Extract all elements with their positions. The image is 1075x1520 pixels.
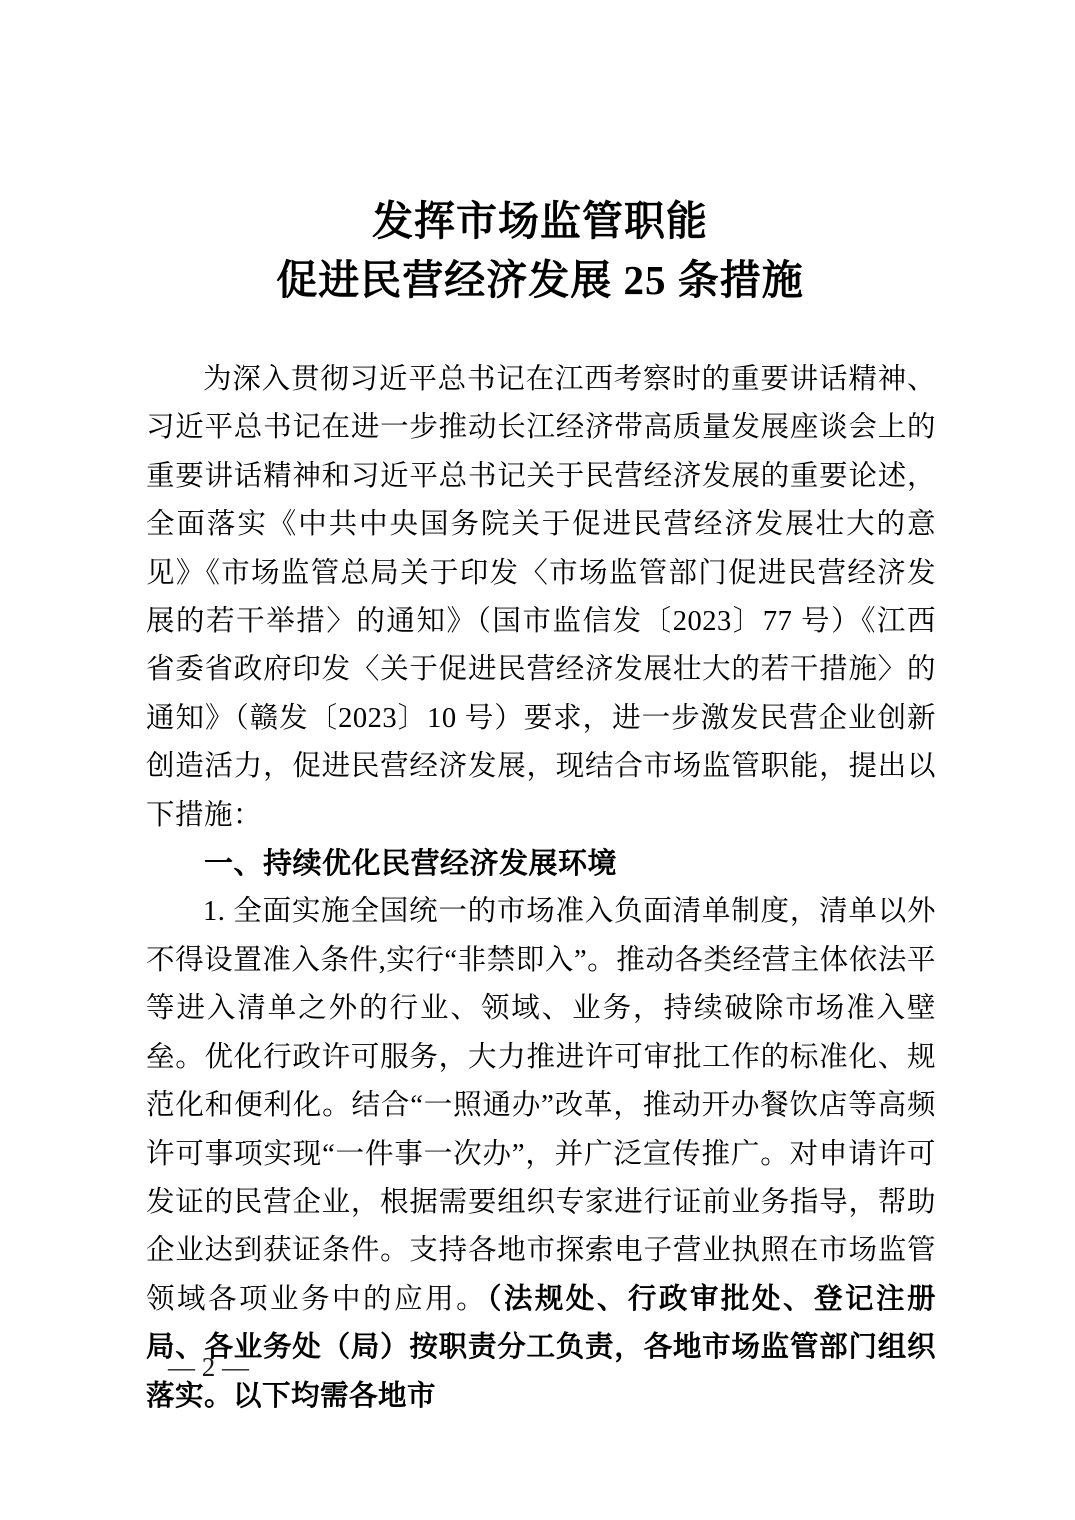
measure-paragraph-1-text: 1. 全面实施全国统一的市场准入负面清单制度，清单以外不得设置准入条件,实行“非… [146,896,936,1314]
page-number: — 2 — [168,1352,249,1383]
measure-paragraph-1: 1. 全面实施全国统一的市场准入负面清单制度，清单以外不得设置准入条件,实行“非… [146,888,936,1420]
title-line-2: 促进民营经济发展 25 条措施 [145,251,935,310]
document-title: 发挥市场监管职能 促进民营经济发展 25 条措施 [145,192,935,310]
document-page: 发挥市场监管职能 促进民营经济发展 25 条措施 为深入贯彻习近平总书记在江西考… [0,0,1075,1520]
section-heading-1: 一、持续优化民营经济发展环境 [146,840,936,888]
document-body: 为深入贯彻习近平总书记在江西考察时的重要讲话精神、习近平总书记在进一步推动长江经… [146,356,936,1421]
intro-paragraph: 为深入贯彻习近平总书记在江西考察时的重要讲话精神、习近平总书记在进一步推动长江经… [146,356,936,840]
title-line-1: 发挥市场监管职能 [145,192,935,251]
